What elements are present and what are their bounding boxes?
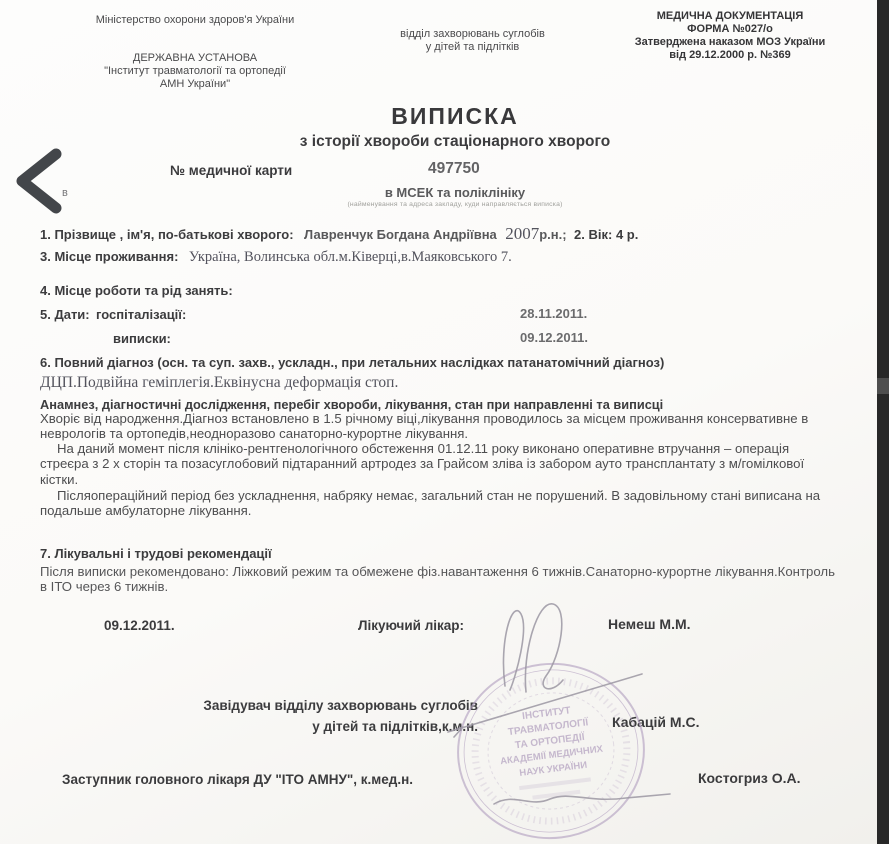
header-ministry: Міністерство охорони здоров'я України: [60, 14, 330, 27]
discharge-sign-date: 09.12.2011.: [104, 618, 175, 633]
recommendations-label: 7. Лікувальні і трудові рекомендації: [40, 546, 272, 561]
patient-birth-year: 2007: [505, 224, 539, 243]
destination-value: в МСЕК та поліклініку: [280, 185, 630, 200]
admission-date-label: госпіталізації:: [96, 307, 186, 322]
header-department-line2: у дітей та підлітків: [375, 41, 570, 54]
header-department-line1: відділ захворювань суглобів: [375, 28, 570, 41]
scanned-medical-discharge-document: Міністерство охорони здоров'я України ДЕ…: [0, 0, 889, 844]
discharge-date-value: 09.12.2011.: [520, 330, 588, 345]
head-of-department-signature: [448, 674, 642, 737]
form-doc-line1: МЕДИЧНА ДОКУМЕНТАЦІЯ: [590, 10, 870, 23]
viewer-edge-notch: [877, 378, 889, 394]
viewer-edge-strip: [877, 0, 889, 844]
field6-label: 6. Повний діагноз (осн. та суп. захв., у…: [40, 355, 860, 370]
field4-label: 4. Місце роботи та рід занять:: [40, 283, 233, 298]
form-doc-line3: Затверджена наказом МОЗ України: [590, 36, 870, 49]
header-institution-line1: ДЕРЖАВНА УСТАНОВА: [60, 52, 330, 65]
admission-date-value: 28.11.2011.: [520, 306, 587, 321]
deputy-chief-doctor-signature: [494, 794, 670, 804]
card-number-label: № медичної карти: [170, 163, 292, 178]
anamnesis-label: Анамнез, діагностичні дослідження, переб…: [40, 397, 860, 412]
anamnesis-paragraph-1: Хворіє від народження.Діагноз встановлен…: [40, 411, 838, 442]
discharge-date-label: виписки:: [113, 331, 171, 346]
attending-doctor-signature: [503, 611, 523, 690]
patient-birth-year-suffix: р.н.;: [539, 227, 566, 242]
patient-name: Лавренчук Богдана Андріївна: [304, 227, 497, 242]
document-subtitle: з історії хвороби стаціонарного хворого: [40, 133, 870, 151]
header-institution-line3: АМН України": [60, 78, 330, 91]
field3-label: 3. Місце проживання:: [40, 249, 178, 264]
anamnesis-paragraph-3: Післяопераційний період без ускладнення,…: [40, 488, 838, 519]
field1-label: 1. Прізвище , ім'я, по-батькові хворого:: [40, 227, 294, 242]
chevron-left-icon: [22, 154, 56, 208]
card-number-value: 497750: [428, 160, 480, 178]
patient-age: 2. Вік: 4 р.: [574, 227, 638, 242]
handwritten-signatures: [430, 580, 700, 830]
form-doc-line4: від 29.12.2000 р. №369: [590, 49, 870, 62]
header-institution-line2: "Інститут травматології та ортопедії: [60, 65, 330, 78]
diagnosis-value: ДЦП.Подвійна геміплегія.Еквінусна деформ…: [40, 374, 860, 392]
document-title: ВИПИСКА: [40, 103, 870, 130]
deputy-chief-doctor-label: Заступник головного лікаря ДУ "ІТО АМНУ"…: [62, 772, 413, 787]
field5-label: 5. Дати:: [40, 307, 90, 322]
form-doc-line2: ФОРМА №027/о: [590, 23, 870, 36]
previous-page-chevron[interactable]: [8, 146, 70, 216]
deputy-chief-doctor-name: Костогриз О.А.: [698, 770, 801, 786]
destination-note: (найменування та адреса закладу, куди на…: [280, 201, 630, 208]
anamnesis-paragraph-2: На даний момент після клініко-рентгеноло…: [40, 441, 838, 487]
attending-doctor-signature: [525, 604, 563, 692]
destination-prefix: в: [62, 187, 68, 199]
patient-address: Україна, Волинська обл.м.Ківерці,в.Маяко…: [189, 249, 512, 265]
